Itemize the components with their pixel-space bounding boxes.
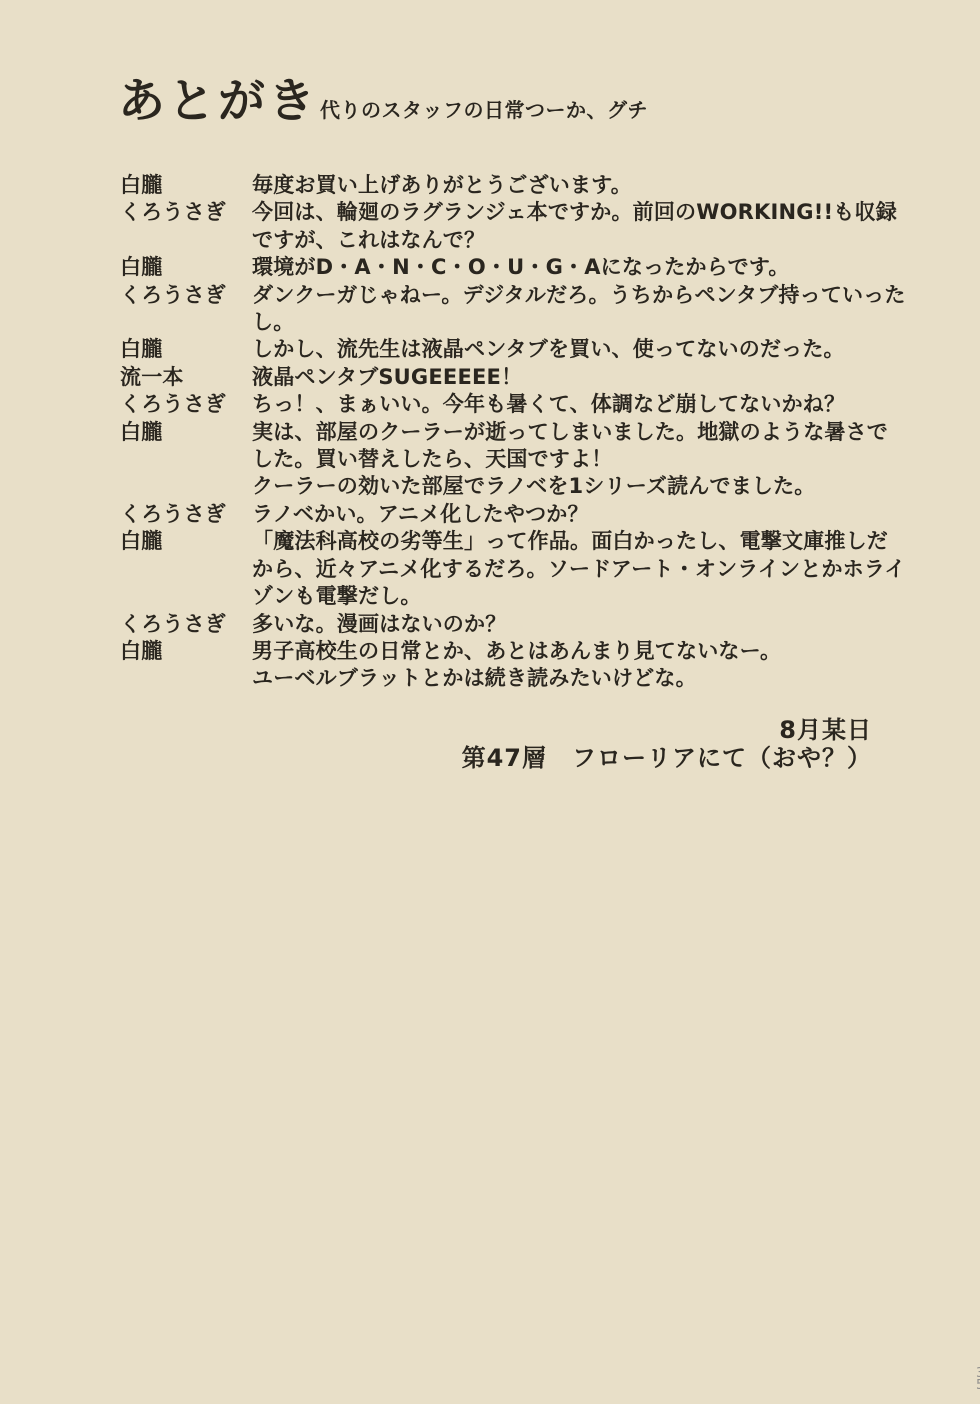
speaker-name: 白朧 <box>120 336 252 363</box>
dialogue-line: 実は、部屋のクーラーが逝ってしまいました。地獄のような暑さで <box>252 419 900 446</box>
dialogue-line: 今回は、輪廻のラグランジェ本ですか。前回のWORKING!!も収録 <box>252 199 900 226</box>
dialogue-line: ですが、これはなんで？ <box>252 227 900 254</box>
dialogue-line: ゾンも電撃だし。 <box>252 583 906 610</box>
dialogue-text: 今回は、輪廻のラグランジェ本ですか。前回のWORKING!!も収録ですが、これは… <box>252 199 900 254</box>
speaker-name: くろうさぎ <box>120 611 252 638</box>
dialogue-row: くろうさぎ 今回は、輪廻のラグランジェ本ですか。前回のWORKING!!も収録で… <box>120 199 900 254</box>
dialogue-text: 毎度お買い上げありがとうございます。 <box>252 172 900 199</box>
dialogue-line: しかし、流先生は液晶ペンタブを買い、使ってないのだった。 <box>252 336 900 363</box>
speaker-name: 白朧 <box>120 172 252 199</box>
dialogue-line: した。買い替えしたら、天国ですよ！ <box>252 446 900 473</box>
dialogue-text: 液晶ペンタブSUGEEEEE！ <box>252 364 900 391</box>
page-title: あとがき 代りのスタッフの日常つーか、グチ <box>118 76 648 128</box>
title-subtitle: 代りのスタッフの日常つーか、グチ <box>320 99 648 128</box>
dialogue-text: 環境がD・A・N・C・O・U・G・Aになったからです。 <box>252 254 900 281</box>
dialogue-text: ダンクーガじゃねー。デジタルだろ。うちからペンタブ持っていったし。 <box>252 282 906 337</box>
dialogue-row: 白朧 男子高校生の日常とか、あとはあんまり見てないなー。ユーベルブラットとかは続… <box>120 638 900 693</box>
speaker-name: 白朧 <box>120 419 252 446</box>
dialogue-line: 液晶ペンタブSUGEEEEE！ <box>252 364 900 391</box>
dialogue-row: 白朧 環境がD・A・N・C・O・U・G・Aになったからです。 <box>120 254 900 281</box>
speaker-name: 白朧 <box>120 638 252 665</box>
dialogue-text: ラノベかい。アニメ化したやつか？ <box>252 501 900 528</box>
dialogue-line: 「魔法科高校の劣等生」って作品。面白かったし、電撃文庫推しだ <box>252 528 906 555</box>
signoff-place: 第47層 フローリアにて（おや？） <box>462 744 872 772</box>
dialogue-row: くろうさぎ 多いな。漫画はないのか？ <box>120 611 900 638</box>
dialogue-row: 白朧 毎度お買い上げありがとうございます。 <box>120 172 900 199</box>
speaker-name: くろうさぎ <box>120 199 252 226</box>
dialogue-text: 男子高校生の日常とか、あとはあんまり見てないなー。ユーベルブラットとかは続き読み… <box>252 638 900 693</box>
signoff: 8月某日 第47層 フローリアにて（おや？） <box>462 716 872 772</box>
speaker-name: くろうさぎ <box>120 282 252 309</box>
title-text: あとがき <box>118 76 318 128</box>
speaker-name: くろうさぎ <box>120 501 252 528</box>
dialogue-line: クーラーの効いた部屋でラノベを1シリーズ読んでました。 <box>252 473 900 500</box>
dialogue-text: 実は、部屋のクーラーが逝ってしまいました。地獄のような暑さでした。買い替えしたら… <box>252 419 900 501</box>
speaker-name: 流一本 <box>120 364 252 391</box>
dialogue-line: 多いな。漫画はないのか？ <box>252 611 900 638</box>
dialogue-line: 男子高校生の日常とか、あとはあんまり見てないなー。 <box>252 638 900 665</box>
dialogue-row: 白朧 「魔法科高校の劣等生」って作品。面白かったし、電撃文庫推しだから、近々アニ… <box>120 528 900 610</box>
dialogue-line: し。 <box>252 309 906 336</box>
page-number: 35 <box>976 1368 980 1392</box>
dialogue-list: 白朧 毎度お買い上げありがとうございます。 くろうさぎ 今回は、輪廻のラグランジ… <box>120 172 900 693</box>
dialogue-line: から、近々アニメ化するだろ。ソードアート・オンラインとかホライ <box>252 556 906 583</box>
dialogue-line: ユーベルブラットとかは続き読みたいけどな。 <box>252 665 900 692</box>
dialogue-line: ラノベかい。アニメ化したやつか？ <box>252 501 900 528</box>
dialogue-text: しかし、流先生は液晶ペンタブを買い、使ってないのだった。 <box>252 336 900 363</box>
dialogue-row: 流一本 液晶ペンタブSUGEEEEE！ <box>120 364 900 391</box>
dialogue-row: くろうさぎ ダンクーガじゃねー。デジタルだろ。うちからペンタブ持っていったし。 <box>120 282 900 337</box>
dialogue-line: 環境がD・A・N・C・O・U・G・Aになったからです。 <box>252 254 900 281</box>
dialogue-row: 白朧 実は、部屋のクーラーが逝ってしまいました。地獄のような暑さでした。買い替え… <box>120 419 900 501</box>
dialogue-line: ダンクーガじゃねー。デジタルだろ。うちからペンタブ持っていった <box>252 282 906 309</box>
dialogue-text: 「魔法科高校の劣等生」って作品。面白かったし、電撃文庫推しだから、近々アニメ化す… <box>252 528 906 610</box>
dialogue-line: 毎度お買い上げありがとうございます。 <box>252 172 900 199</box>
dialogue-text: ちっ！、まぁいい。今年も暑くて、体調など崩してないかね？ <box>252 391 900 418</box>
signoff-date: 8月某日 <box>462 716 872 744</box>
dialogue-row: 白朧 しかし、流先生は液晶ペンタブを買い、使ってないのだった。 <box>120 336 900 363</box>
dialogue-row: くろうさぎ ちっ！、まぁいい。今年も暑くて、体調など崩してないかね？ <box>120 391 900 418</box>
dialogue-row: くろうさぎ ラノベかい。アニメ化したやつか？ <box>120 501 900 528</box>
dialogue-text: 多いな。漫画はないのか？ <box>252 611 900 638</box>
afterword-page: あとがき 代りのスタッフの日常つーか、グチ 白朧 毎度お買い上げありがとうござい… <box>0 0 980 1404</box>
speaker-name: 白朧 <box>120 254 252 281</box>
dialogue-line: ちっ！、まぁいい。今年も暑くて、体調など崩してないかね？ <box>252 391 900 418</box>
speaker-name: 白朧 <box>120 528 252 555</box>
speaker-name: くろうさぎ <box>120 391 252 418</box>
